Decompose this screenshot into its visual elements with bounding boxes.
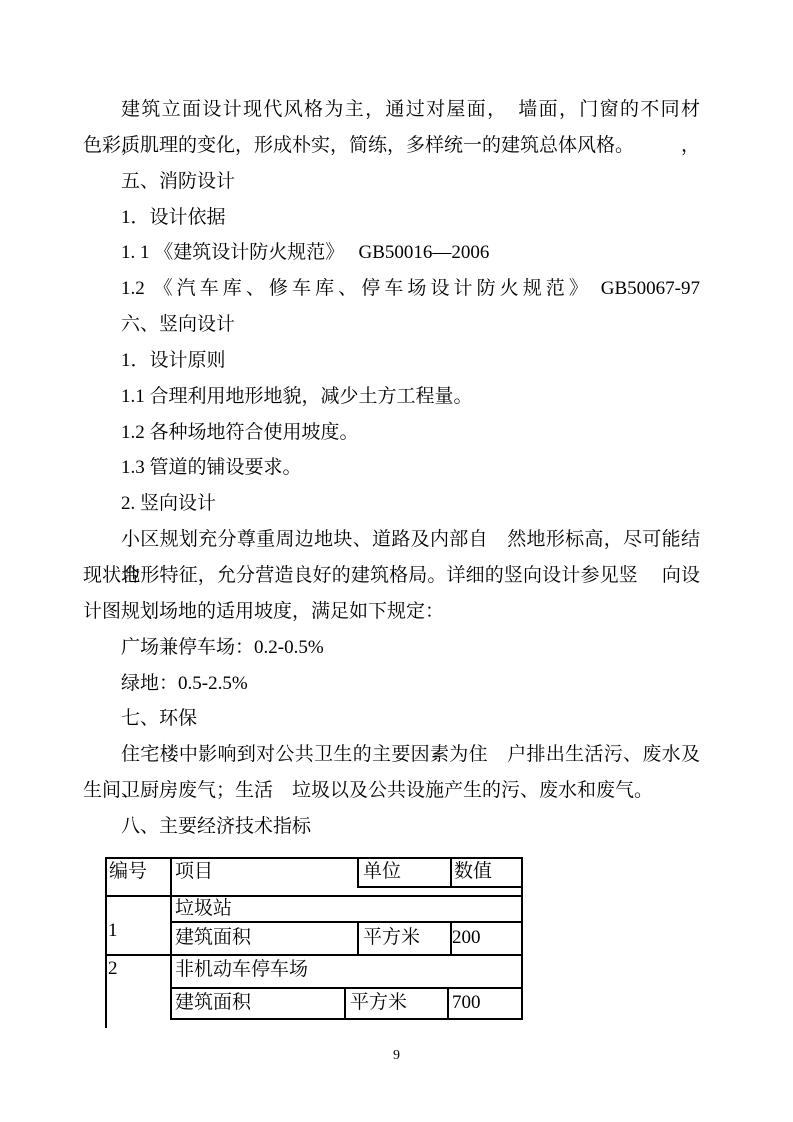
paragraph-line: 色彩，肌理的变化，形成朴实，简练，多样统一的建筑总体风格。 — [83, 128, 700, 164]
table-cell-unit: 平方米 — [363, 927, 420, 949]
line-principle-1-3: 1.3 管道的铺设要求。 — [121, 450, 700, 486]
heading-section-7-environment: 七、环保 — [121, 701, 700, 737]
table-header-no: 编号 — [109, 861, 147, 883]
table-cell-row-number: 1 — [108, 920, 118, 942]
paragraph-line: 住宅楼中影响到对公共卫生的主要因素为住 户排出生活污、废水及卫 — [121, 737, 700, 773]
table-gridline — [357, 886, 523, 888]
line-design-basis: 1．设计依据 — [121, 200, 700, 236]
table-cell-row-number: 2 — [108, 958, 118, 980]
table-header-unit: 单位 — [363, 861, 401, 883]
line-code-gb50067: 1.2 《汽车库、修车库、停车场设计防火规范》 GB50067-97 — [121, 271, 700, 307]
table-gridline — [105, 857, 107, 1028]
table-cell-value: 700 — [452, 992, 481, 1014]
table-gridline — [105, 895, 523, 897]
table-cell-item: 建筑面积 — [175, 992, 251, 1014]
line-principle-1-2: 1.2 各种场地符合使用坡度。 — [121, 415, 700, 451]
paragraph-line: 建筑立面设计现代风格为主，通过对屋面， 墙面，门窗的不同材质， — [121, 92, 700, 128]
table-gridline — [357, 857, 359, 888]
table-gridline — [521, 857, 523, 1020]
table-gridline — [105, 954, 523, 956]
line-green-space-slope: 绿地：0.5-2.5% — [121, 666, 700, 702]
page-number: 9 — [0, 1048, 793, 1064]
table-header-value: 数值 — [454, 861, 492, 883]
paragraph-line: 现状地形特征，允分营造良好的建筑格局。详细的竖向设计参见竖 向设 — [83, 558, 700, 594]
table-cell-group: 垃圾站 — [175, 898, 232, 920]
table-gridline — [170, 921, 523, 923]
line-principle-1-1: 1.1 合理利用地形地貌，减少土方工程量。 — [121, 379, 700, 415]
paragraph-line: 计图规划场地的适用坡度，满足如下规定： — [83, 594, 700, 630]
table-gridline — [344, 987, 346, 1020]
table-gridline — [450, 921, 452, 956]
table-gridline — [105, 857, 523, 859]
heading-section-6-vertical-design: 六、竖向设计 — [121, 307, 700, 343]
paragraph-line: 小区规划充分尊重周边地块、道路及内部自 然地形标高，尽可能结合 — [121, 522, 700, 558]
line-design-principles: 1．设计原则 — [121, 343, 700, 379]
heading-section-5-fire-design: 五、消防设计 — [121, 164, 700, 200]
table-gridline — [450, 857, 452, 888]
table-gridline — [447, 987, 449, 1020]
line-code-gb50016: 1. 1 《建筑设计防火规范》 GB50016—2006 — [121, 235, 700, 271]
line-vertical-design-subsection: 2. 竖向设计 — [121, 486, 700, 522]
document-body: 建筑立面设计现代风格为主，通过对屋面， 墙面，门窗的不同材质， 色彩，肌理的变化… — [83, 92, 700, 845]
heading-section-8-indicators: 八、主要经济技术指标 — [121, 809, 700, 845]
table-gridline — [357, 921, 359, 956]
table-cell-value: 200 — [452, 927, 481, 949]
document-page: 建筑立面设计现代风格为主，通过对屋面， 墙面，门窗的不同材质， 色彩，肌理的变化… — [0, 0, 793, 1122]
table-header-item: 项目 — [175, 861, 213, 883]
paragraph-line: 生间、厨房废气；生活 垃圾以及公共设施产生的污、废水和废气。 — [83, 773, 700, 809]
table-gridline — [170, 1018, 523, 1020]
table-cell-group: 非机动车停车场 — [175, 959, 308, 981]
table-gridline — [170, 987, 523, 989]
table-gridline — [170, 857, 172, 1020]
line-plaza-parking-slope: 广场兼停车场：0.2-0.5% — [121, 630, 700, 666]
table-cell-item: 建筑面积 — [175, 927, 251, 949]
table-cell-unit: 平方米 — [350, 992, 407, 1014]
